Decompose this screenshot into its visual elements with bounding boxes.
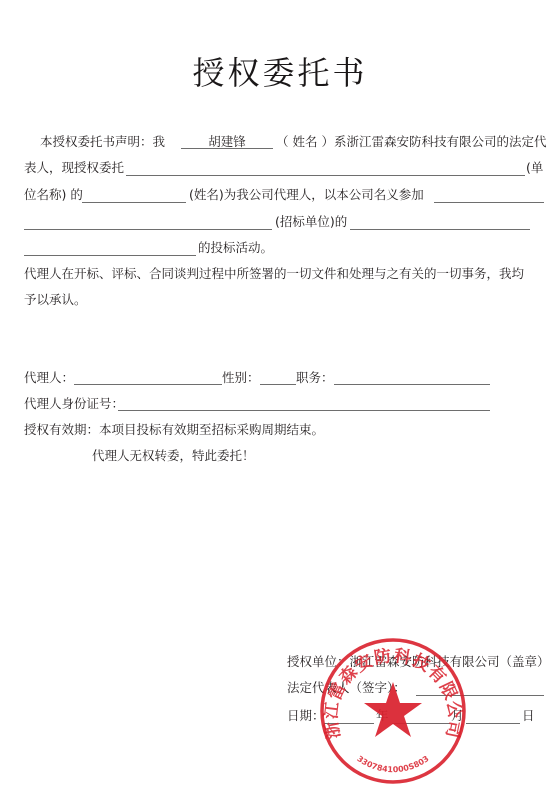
statement-line-4-suffix: (招标单位)的: [275, 214, 347, 230]
id-number-field[interactable]: [118, 410, 490, 411]
agent-field[interactable]: [74, 384, 222, 385]
project-name-field-continued[interactable]: [24, 229, 272, 230]
statement-line-3-mid: (姓名)为我公司代理人，以本公司名义参加: [189, 187, 424, 203]
date-year-label: 年: [376, 708, 389, 724]
position-label: 职务：: [296, 370, 334, 386]
date-label: 日期：: [287, 708, 325, 724]
seal-code-text: 3307841000S803: [355, 754, 430, 774]
date-year-field[interactable]: [324, 723, 374, 724]
date-month-field[interactable]: [392, 723, 450, 724]
no-transfer-text: 代理人无权转委，特此委托！: [92, 448, 255, 464]
position-field[interactable]: [334, 384, 490, 385]
agent-label: 代理人：: [24, 370, 74, 386]
authorized-unit-field[interactable]: [126, 175, 525, 176]
legal-rep-signature-field[interactable]: [416, 695, 544, 696]
authorizing-unit-text: 授权单位：浙江雷森安防科技有限公司（盖章）: [287, 654, 550, 670]
date-day-label: 日: [522, 708, 535, 724]
statement-line-2-suffix: (单: [526, 160, 543, 176]
date-day-field[interactable]: [466, 723, 520, 724]
gender-label: 性别：: [222, 370, 260, 386]
legal-rep-name-value: 胡建锋: [181, 134, 273, 150]
gender-field[interactable]: [260, 384, 296, 385]
id-number-label: 代理人身份证号：: [24, 396, 124, 412]
tender-item-field[interactable]: [350, 229, 530, 230]
statement-line-2-prefix: 表人，现授权委托: [24, 160, 124, 176]
statement-line-1-suffix: （ 姓名 ）系浙江雷森安防科技有限公司的法定代: [276, 134, 546, 150]
date-month-label: 月: [451, 708, 464, 724]
statement-line-5-suffix: 的投标活动。: [198, 240, 273, 256]
page-title: 授权委托书: [0, 48, 560, 94]
project-name-field[interactable]: [434, 202, 544, 203]
legal-rep-signature-label: 法定代表人（签字）：: [287, 680, 406, 696]
validity-text: 授权有效期：本项目投标有效期至招标采购周期结束。: [24, 422, 324, 438]
tender-item-field-continued[interactable]: [24, 255, 196, 256]
svg-text:3307841000S803: 3307841000S803: [355, 754, 430, 774]
scope-line-2: 予以承认。: [24, 292, 87, 308]
agent-name-field[interactable]: [82, 202, 186, 203]
statement-line-1-prefix: 本授权委托书声明：我: [40, 134, 165, 150]
scope-line-1: 代理人在开标、评标、合同谈判过程中所签署的一切文件和处理与之有关的一切事务，我均: [24, 266, 524, 282]
statement-line-3-prefix: 位名称) 的: [24, 187, 83, 203]
